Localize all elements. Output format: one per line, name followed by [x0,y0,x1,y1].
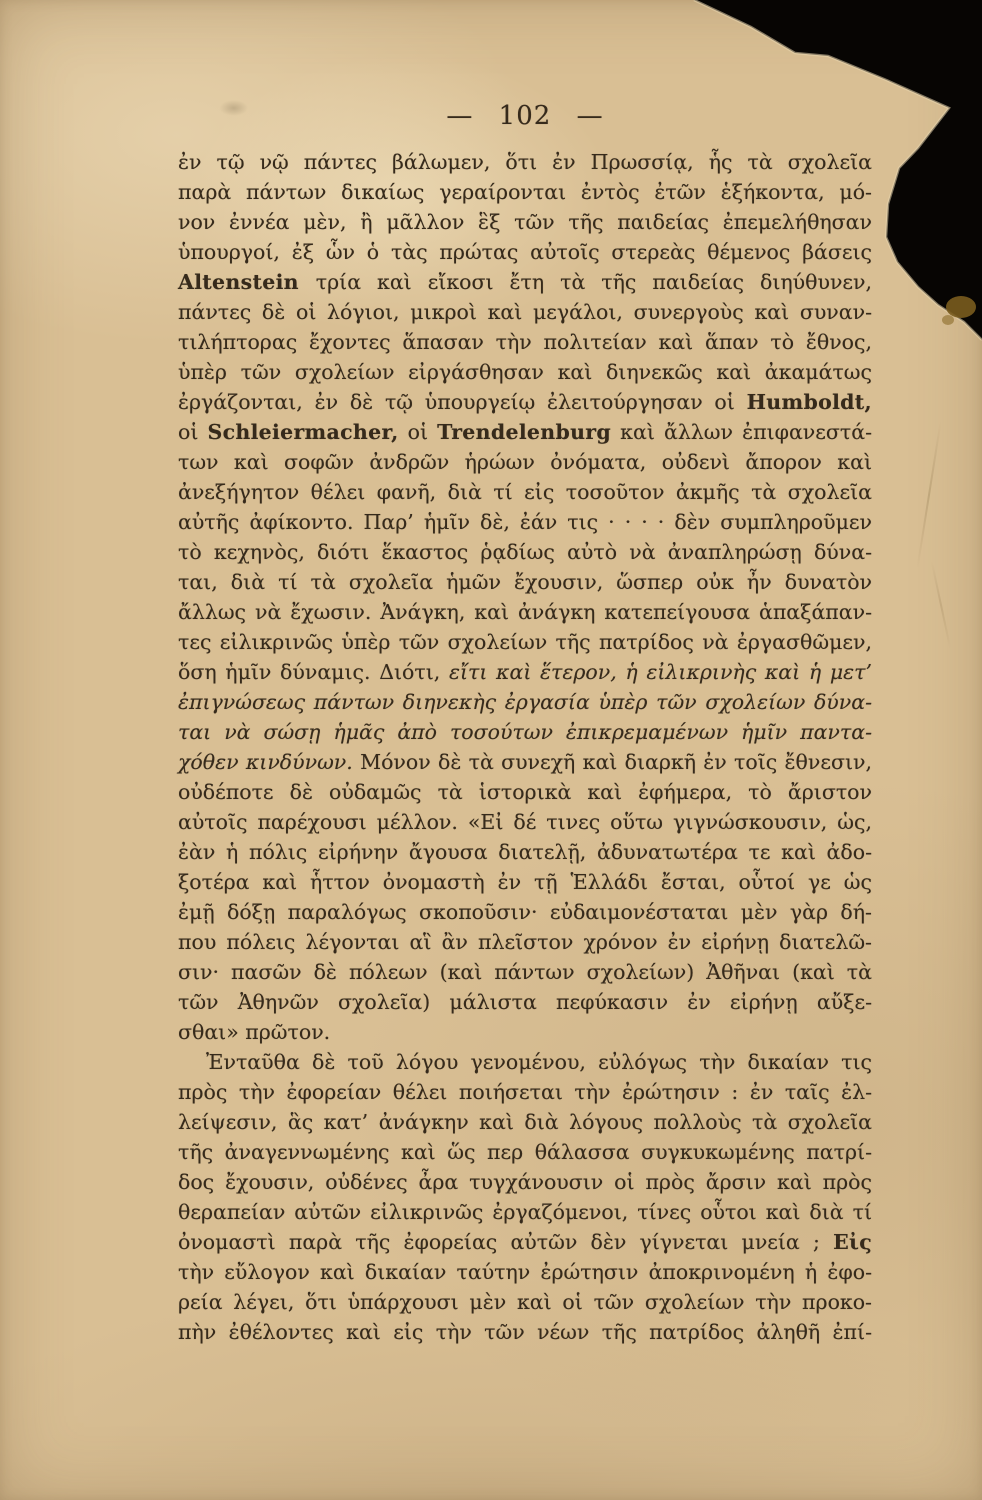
body-text: Μόνον δὲ τὰ συνεχῆ καὶ διαρκῆ ἐν τοῖς ἔθ… [353,750,872,774]
text-line: νον ἐννέα μὲν, ἢ μᾶλλον ἓξ τῶν τῆς παιδε… [178,207,872,237]
text-line: τῆς ἀναγεννωμένης καὶ ὥς περ θάλασσα συγ… [178,1137,872,1167]
body-text: Ἐνταῦθα δὲ τοῦ λόγου γενομένου, εὐλόγως … [206,1050,872,1074]
text-line: ἄλλως νὰ ἔχωσιν. Ἀνάγκη, καὶ ἀνάγκη κατε… [178,597,872,627]
text-line: τὸ κεχηνὸς, διότι ἕκαστος ῥᾳδίως αὐτὸ νὰ… [178,537,872,567]
body-text: πρὸς τὴν ἐφορείαν θέλει ποιήσεται τὴν ἐρ… [178,1080,872,1104]
body-text: δος ἔχουσιν, οὐδένες ἆρα τυγχάνουσιν οἱ … [178,1170,872,1194]
text-line: ὑπουργοί, ἐξ ὧν ὁ τὰς πρώτας αὐτοῖς στερ… [178,237,872,267]
body-text: τὸ κεχηνὸς, διότι ἕκαστος ῥᾳδίως αὐτὸ νὰ… [178,540,872,564]
emphasized-text: Altenstein [178,270,316,294]
text-line: αὐτοῖς παρέχουσι μέλλον. «Εἰ δέ τινες οὕ… [178,807,872,837]
body-text: σιν· πασῶν δὲ πόλεων (καὶ πάντων σχολείω… [178,960,872,984]
paper-crease [931,561,952,649]
page-text: ἐν τῷ νῷ πάντες βάλωμεν, ὅτι ἐν Πρωσσίᾳ,… [178,147,872,1347]
body-text: ὑπουργοί, ἐξ ὧν ὁ τὰς πρώτας αὐτοῖς στερ… [178,240,872,264]
body-text: τῶν Ἀθηνῶν σχολεῖα) μάλιστα πεφύκασιν ἐν… [178,990,872,1014]
text-line: ἐπιγνώσεως πάντων διηνεκὴς ἐργασία ὑπὲρ … [178,687,872,717]
text-line: ται, διὰ τί τὰ σχολεῖα ἡμῶν ἔχουσιν, ὥσπ… [178,567,872,597]
body-text: θεραπείαν αὐτῶν εἰλικρινῶς ἐργαζόμενοι, … [178,1200,872,1224]
text-line: ὅση ἡμῖν δύναμις. Διότι, εἴτι καὶ ἕτερον… [178,657,872,687]
body-text: ρεία λέγει, ὅτι ὑπάρχουσι μὲν καὶ οἱ τῶν… [178,1290,872,1314]
emphasized-text: Trendelenburg [437,420,611,444]
body-text: καὶ ἄλλων ἐπιφανεστά- [611,420,872,444]
text-line: ρεία λέγει, ὅτι ὑπάρχουσι μὲν καὶ οἱ τῶν… [178,1287,872,1317]
body-text: που πόλεις λέγονται αἳ ἂν πλεῖστον χρόνο… [178,930,872,954]
body-text: νον ἐννέα μὲν, ἢ μᾶλλον ἓξ τῶν τῆς παιδε… [178,210,872,234]
text-line: Altenstein τρία καὶ εἴκοσι ἔτη τὰ τῆς πα… [178,267,872,297]
scanned-book-page: — 102 — ἐν τῷ νῷ πάντες βάλωμεν, ὅτι ἐν … [0,0,982,1500]
text-line: τες εἰλικρινῶς ὑπὲρ τῶν σχολείων τῆς πατ… [178,627,872,657]
italic-text: ται νὰ σώσῃ ἡμᾶς ἀπὸ τοσούτων ἐπικρεμαμέ… [178,720,872,744]
body-text: ἐν τῷ νῷ πάντες βάλωμεν, ὅτι ἐν Πρωσσίᾳ,… [178,150,872,174]
text-line: παρὰ πάντων δικαίως γεραίρονται ἐντὸς ἐτ… [178,177,872,207]
text-line: ὑπὲρ τῶν σχολείων εἰργάσθησαν καὶ διηνεκ… [178,357,872,387]
text-line: οἱ Schleiermacher, οἱ Trendelenburg καὶ … [178,417,872,447]
body-text: ἐὰν ἡ πόλις εἰρήνην ἄγουσα διατελῇ, ἀδυν… [178,840,872,864]
text-line: ἀνεξήγητον θέλει φανῆ, διὰ τί εἰς τοσοῦτ… [178,477,872,507]
text-line: χόθεν κινδύνων. Μόνον δὲ τὰ συνεχῆ καὶ δ… [178,747,872,777]
text-line: θεραπείαν αὐτῶν εἰλικρινῶς ἐργαζόμενοι, … [178,1197,872,1227]
text-line: οὐδέποτε δὲ οὐδαμῶς τὰ ἱστορικὰ καὶ ἐφήμ… [178,777,872,807]
italic-text: χόθεν κινδύνων. [178,750,353,774]
body-text: οὐδέποτε δὲ οὐδαμῶς τὰ ἱστορικὰ καὶ ἐφήμ… [178,780,872,804]
body-text: ἀνεξήγητον θέλει φανῆ, διὰ τί εἰς τοσοῦτ… [178,480,872,504]
text-line: Ἐνταῦθα δὲ τοῦ λόγου γενομένου, εὐλόγως … [178,1047,872,1077]
body-text: ξοτέρα καὶ ἧττον ὀνομαστὴ ἐν τῇ Ἑλλάδι ἔ… [178,870,872,894]
text-line: πρὸς τὴν ἐφορείαν θέλει ποιήσεται τὴν ἐρ… [178,1077,872,1107]
text-line: τὴν εὔλογον καὶ δικαίαν ταύτην ἐρώτησιν … [178,1257,872,1287]
text-line: ἐργάζονται, ἐν δὲ τῷ ὑπουργείῳ ἐλειτούργ… [178,387,872,417]
text-line: ἐὰν ἡ πόλις εἰρήνην ἄγουσα διατελῇ, ἀδυν… [178,837,872,867]
text-line: σθαι» πρῶτον. [178,1017,872,1047]
body-text: ὀνομαστὶ παρὰ τῆς ἐφορείας αὐτῶν δὲν γίγ… [178,1230,833,1254]
text-line: πάντες δὲ οἱ λόγιοι, μικροὶ καὶ μεγάλοι,… [178,297,872,327]
body-text: πὴν ἐθέλοντες καὶ εἰς τὴν τῶν νέων τῆς π… [178,1320,872,1344]
text-line: αὐτῆς ἀφίκοντο. Παρ’ ἡμῖν δὲ, ἐάν τις · … [178,507,872,537]
paper-crease [916,421,941,569]
body-text: αὐτῆς ἀφίκοντο. Παρ’ ἡμῖν δὲ, ἐάν τις · … [178,510,872,534]
body-text: ἄλλως νὰ ἔχωσιν. Ἀνάγκη, καὶ ἀνάγκη κατε… [178,600,872,624]
text-line: πὴν ἐθέλοντες καὶ εἰς τὴν τῶν νέων τῆς π… [178,1317,872,1347]
stain-spot [946,296,976,318]
italic-text: εἴτι καὶ ἕτερον, ἡ εἰλικρινὴς καὶ ἡ μετ’ [449,660,872,684]
text-line: τιλήπτορας ἔχοντες ἅπασαν τὴν πολιτείαν … [178,327,872,357]
body-text: ται, διὰ τί τὰ σχολεῖα ἡμῶν ἔχουσιν, ὥσπ… [178,570,872,594]
text-line: δος ἔχουσιν, οὐδένες ἆρα τυγχάνουσιν οἱ … [178,1167,872,1197]
body-text: τιλήπτορας ἔχοντες ἅπασαν τὴν πολιτείαν … [178,330,872,354]
body-text: των καὶ σοφῶν ἀνδρῶν ἡρώων ὀνόματα, οὐδε… [178,450,872,474]
body-text: ἐργάζονται, ἐν δὲ τῷ ὑπουργείῳ ἐλειτούργ… [178,390,747,414]
emphasized-text: Schleiermacher, [208,420,399,444]
emphasized-text: Humboldt, [747,390,872,414]
body-text: τῆς ἀναγεννωμένης καὶ ὥς περ θάλασσα συγ… [178,1140,872,1164]
page-number-header: — 102 — [178,101,872,131]
text-line: σιν· πασῶν δὲ πόλεων (καὶ πάντων σχολείω… [178,957,872,987]
body-text: σθαι» πρῶτον. [178,1020,330,1044]
body-text: ὑπὲρ τῶν σχολείων εἰργάσθησαν καὶ διηνεκ… [178,360,872,384]
body-text: τρία καὶ εἴκοσι ἔτη τὰ τῆς παιδείας διηύ… [316,270,872,294]
text-line: ἐμῇ δόξῃ παραλόγως σκοποῦσιν· εὐδαιμονέσ… [178,897,872,927]
body-text: ἐμῇ δόξῃ παραλόγως σκοποῦσιν· εὐδαιμονέσ… [178,900,872,924]
text-line: ται νὰ σώσῃ ἡμᾶς ἀπὸ τοσούτων ἐπικρεμαμέ… [178,717,872,747]
emphasized-text: Εἰς [833,1230,872,1254]
italic-text: ἐπιγνώσεως πάντων διηνεκὴς ἐργασία ὑπὲρ … [178,690,872,714]
body-text: παρὰ πάντων δικαίως γεραίρονται ἐντὸς ἐτ… [178,180,872,204]
body-text: ὅση ἡμῖν δύναμις. Διότι, [178,660,449,684]
body-text: λείψεσιν, ἃς κατ’ ἀνάγκην καὶ διὰ λόγους… [178,1110,872,1134]
text-line: ξοτέρα καὶ ἧττον ὀνομαστὴ ἐν τῇ Ἑλλάδι ἔ… [178,867,872,897]
body-text: οἱ [399,420,438,444]
text-line: τῶν Ἀθηνῶν σχολεῖα) μάλιστα πεφύκασιν ἐν… [178,987,872,1017]
text-line: των καὶ σοφῶν ἀνδρῶν ἡρώων ὀνόματα, οὐδε… [178,447,872,477]
text-line: λείψεσιν, ἃς κατ’ ἀνάγκην καὶ διὰ λόγους… [178,1107,872,1137]
body-text: τες εἰλικρινῶς ὑπὲρ τῶν σχολείων τῆς πατ… [178,630,872,654]
text-line: που πόλεις λέγονται αἳ ἂν πλεῖστον χρόνο… [178,927,872,957]
text-line: ὀνομαστὶ παρὰ τῆς ἐφορείας αὐτῶν δὲν γίγ… [178,1227,872,1257]
text-line: ἐν τῷ νῷ πάντες βάλωμεν, ὅτι ἐν Πρωσσίᾳ,… [178,147,872,177]
body-text: αὐτοῖς παρέχουσι μέλλον. «Εἰ δέ τινες οὕ… [178,810,872,834]
body-text: τὴν εὔλογον καὶ δικαίαν ταύτην ἐρώτησιν … [178,1260,872,1284]
body-text: οἱ [178,420,208,444]
body-text: πάντες δὲ οἱ λόγιοι, μικροὶ καὶ μεγάλοι,… [178,300,872,324]
